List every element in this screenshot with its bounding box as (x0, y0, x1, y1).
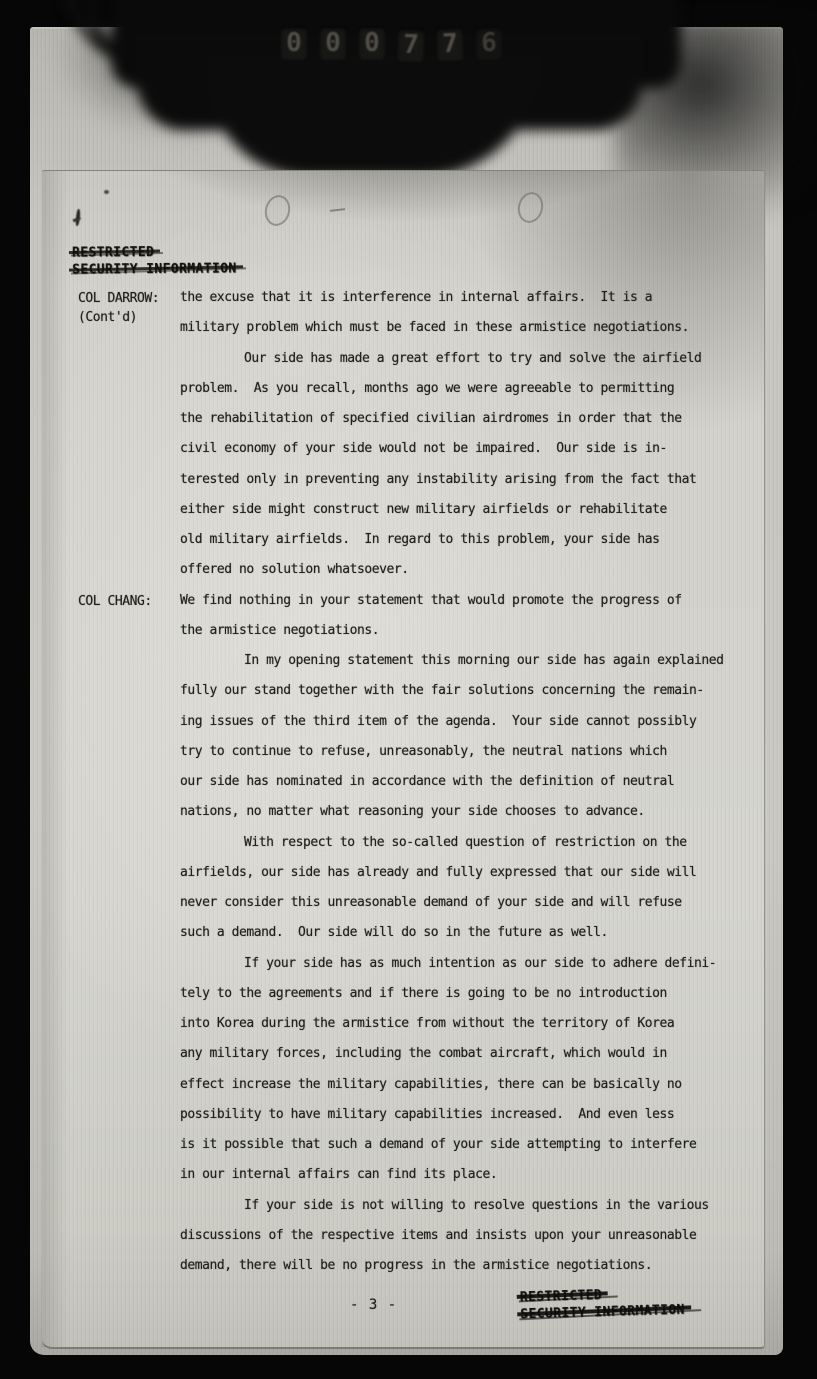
speaker-label: COL CHANG: (78, 586, 152, 611)
transcript-line: tely to the agreements and if there is g… (180, 979, 764, 1009)
transcript-line: With respect to the so-called question o… (180, 828, 764, 858)
transcript-line: discussions of the respective items and … (180, 1221, 764, 1251)
transcript-line: military problem which must be faced in … (180, 313, 764, 343)
ink-speck (104, 190, 109, 194)
counter-digit: 7 (396, 28, 425, 63)
speaker-note: (Cont'd) (78, 308, 159, 327)
film-counter-device: 000776 (95, 0, 710, 190)
punch-hole-right (515, 189, 547, 225)
speaker-label: COL DARROW:(Cont'd) (78, 283, 159, 327)
transcript-line: ing issues of the third item of the agen… (180, 707, 764, 737)
counter-digit: 6 (475, 26, 503, 60)
transcript-line: civil economy of your side would not be … (180, 434, 764, 464)
document-page: RESTRICTED SECURITY INFORMATION COL DARR… (42, 170, 765, 1349)
speech-block: COL DARROW:(Cont'd)the excuse that it is… (42, 283, 764, 586)
stamp-line-security-information: SECURITY INFORMATION (520, 1302, 685, 1324)
transcript-line: in our internal affairs can find its pla… (180, 1160, 764, 1190)
transcript-line: old military airfields. In regard to thi… (180, 525, 764, 555)
speaker-name: COL CHANG: (78, 592, 152, 611)
stamp-line-security-information: SECURITY INFORMATION (72, 260, 237, 278)
classification-stamp-bottom: RESTRICTED SECURITY INFORMATION (520, 1285, 685, 1324)
transcript-line: our side has nominated in accordance wit… (180, 767, 764, 797)
transcript-line: is it possible that such a demand of you… (180, 1130, 764, 1160)
transcript-line: Our side has made a great effort to try … (180, 344, 764, 374)
transcript-line: We find nothing in your statement that w… (180, 586, 764, 616)
transcript-line: never consider this unreasonable demand … (180, 888, 764, 918)
transcript-line: If your side is not willing to resolve q… (180, 1191, 764, 1221)
speech-lines: the excuse that it is interference in in… (180, 283, 764, 586)
speech-lines: We find nothing in your statement that w… (180, 586, 764, 1282)
transcript-line: If your side has as much intention as ou… (180, 949, 764, 979)
transcript-line: possibility to have military capabilitie… (180, 1100, 764, 1130)
punch-hole-left (262, 192, 294, 228)
transcript-line: In my opening statement this morning our… (180, 646, 764, 676)
transcript-line: the excuse that it is interference in in… (180, 283, 764, 313)
counter-digit: 0 (319, 26, 347, 60)
transcript-line: any military forces, including the comba… (180, 1039, 764, 1069)
transcript-line: into Korea during the armistice from wit… (180, 1009, 764, 1039)
speech-block: COL CHANG:We find nothing in your statem… (42, 586, 764, 1282)
counter-digit: 0 (280, 26, 308, 60)
counter-digit: 7 (435, 27, 464, 62)
counter-housing (207, 55, 542, 177)
transcript-body: COL DARROW:(Cont'd)the excuse that it is… (42, 283, 764, 1281)
transcript-line: demand, there will be no progress in the… (180, 1251, 764, 1281)
page-number: - 3 - (350, 1297, 397, 1313)
transcript-line: such a demand. Our side will do so in th… (180, 918, 764, 948)
pencil-dash (330, 208, 345, 212)
transcript-line: try to continue to refuse, unreasonably,… (180, 737, 764, 767)
transcript-line: effect increase the military capabilitie… (180, 1070, 764, 1100)
transcript-line: terested only in preventing any instabil… (180, 465, 764, 495)
classification-stamp-top: RESTRICTED SECURITY INFORMATION (72, 243, 237, 278)
transcript-line: nations, no matter what reasoning your s… (180, 797, 764, 827)
speaker-name: COL DARROW: (78, 289, 159, 308)
counter-digits: 000776 (280, 26, 503, 60)
stamp-line-restricted: RESTRICTED (72, 244, 154, 262)
transcript-line: the armistice negotiations. (180, 616, 764, 646)
transcript-line: problem. As you recall, months ago we we… (180, 374, 764, 404)
microfilm-scan: { "film": { "counter_value": "000776" },… (0, 0, 817, 1379)
transcript-line: the rehabilitation of specified civilian… (180, 404, 764, 434)
transcript-line: airfields, our side has already and full… (180, 858, 764, 888)
counter-digit: 0 (358, 26, 386, 60)
transcript-line: either side might construct new military… (180, 495, 764, 525)
pen-mark (75, 209, 81, 226)
transcript-line: offered no solution whatsoever. (180, 555, 764, 585)
transcript-line: fully our stand together with the fair s… (180, 676, 764, 706)
